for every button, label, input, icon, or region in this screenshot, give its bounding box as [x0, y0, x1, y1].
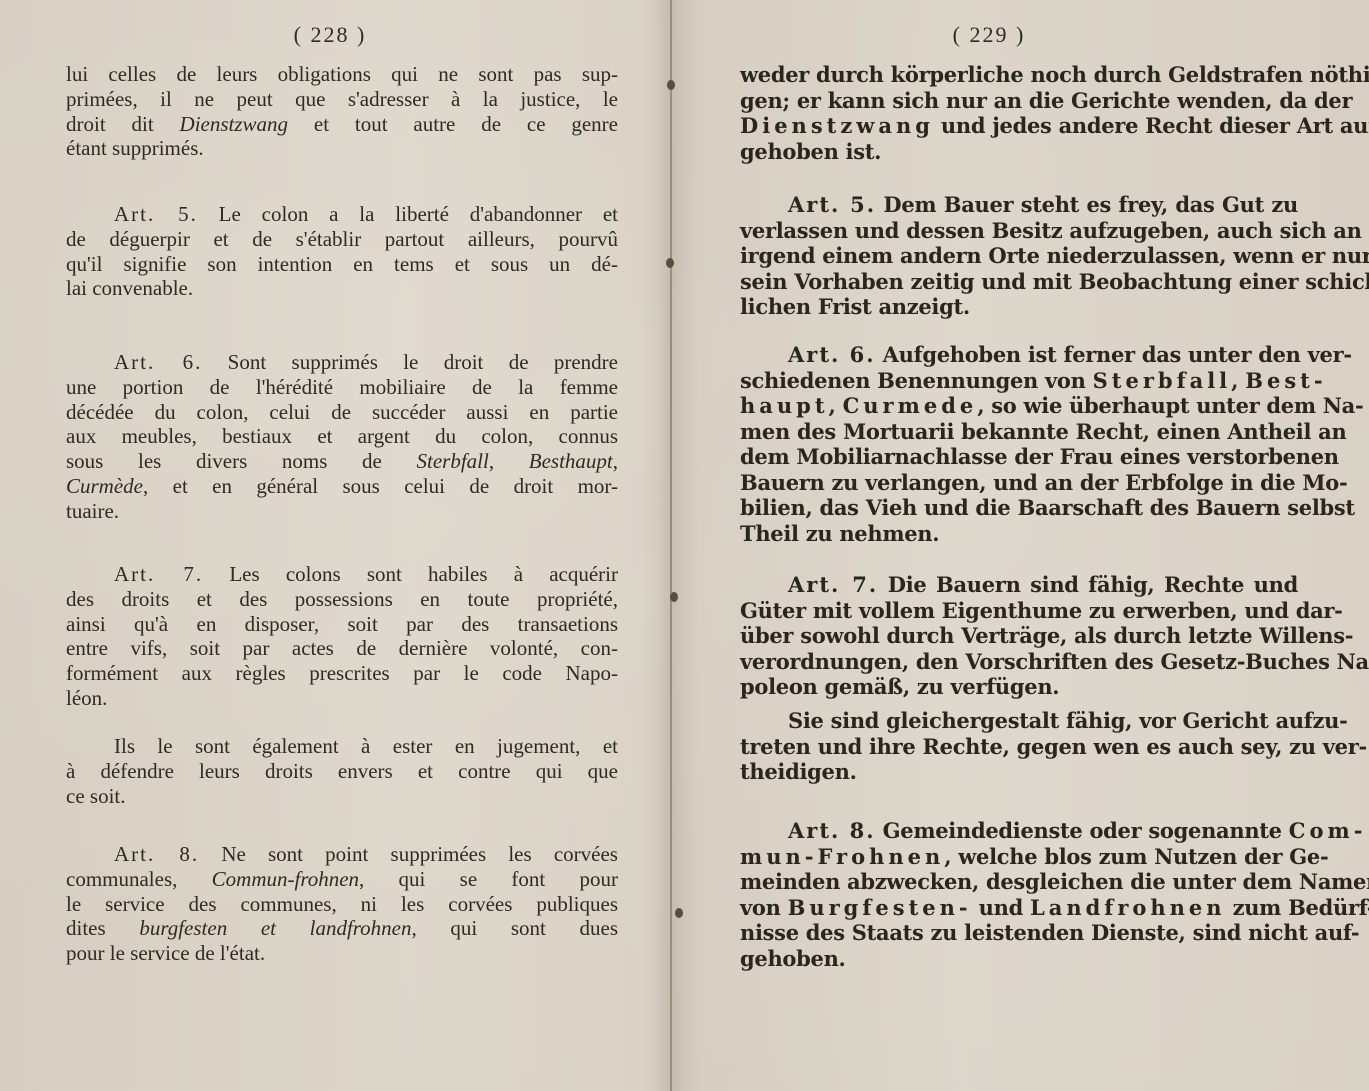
article-7: Art. 7. Die Bauern sind fähig, Rechte un… — [740, 572, 1298, 700]
spaced-term: Burgfesten- — [788, 895, 972, 920]
text-line: bilien, das Vieh und die Baarschaft des … — [740, 495, 1298, 521]
text-line: Art. 6. Aufgehoben ist ferner das unter … — [740, 342, 1298, 368]
text-line: primées, il ne peut que s'adresser à la … — [66, 87, 618, 112]
text-run: aux meubles, bestiaux et argent du colon… — [66, 424, 618, 448]
text-run: tuaire. — [66, 499, 119, 523]
text-line: ce soit. — [66, 784, 618, 809]
text-run: étant supprimés. — [66, 136, 204, 160]
text-line: theidigen. — [740, 759, 1298, 785]
text-line: dites burgfesten et landfrohnen, qui son… — [66, 916, 618, 941]
text-run: und — [972, 895, 1030, 920]
text-line: Sie sind gleichergestalt fähig, vor Geri… — [740, 708, 1298, 734]
text-line: Curmède, et en général sous celui de dro… — [66, 474, 618, 499]
text-line: poleon gemäß, zu verfügen. — [740, 674, 1298, 700]
text-run: meinden abzwecken, desgleichen die unter… — [740, 869, 1369, 894]
binding-thread-knot — [670, 592, 678, 602]
text-line: haupt, Curmede, so wie überhaupt unter d… — [740, 393, 1298, 419]
text-line: weder durch körperliche noch durch Gelds… — [740, 62, 1298, 88]
text-run: à défendre leurs droits envers et contre… — [66, 759, 618, 783]
text-run: bilien, das Vieh und die Baarschaft des … — [740, 495, 1355, 520]
text-run: treten und ihre Rechte, gegen wen es auc… — [740, 734, 1367, 759]
text-line: léon. — [66, 686, 618, 711]
italic-term: Commun-frohnen — [212, 867, 359, 891]
text-run: , — [1231, 368, 1245, 393]
text-line: men des Mortuarii bekannte Recht, einen … — [740, 419, 1298, 445]
text-run: lui celles de leurs obligations qui ne s… — [66, 62, 618, 86]
text-run: lai convenable. — [66, 276, 193, 300]
text-run: Gemeindedienste oder sogenannte — [876, 818, 1289, 843]
text-line: Güter mit vollem Eigenthume zu erwerben,… — [740, 598, 1298, 624]
text-line: qu'il signifie son intention en tems et … — [66, 252, 618, 277]
text-line: Art. 7. Die Bauern sind fähig, Rechte un… — [740, 572, 1298, 598]
text-line: Art. 6. Sont supprimés le droit de prend… — [66, 350, 618, 375]
text-line: lichen Frist anzeigt. — [740, 294, 1298, 320]
text-run: sous les divers noms de — [66, 449, 417, 473]
text-line: nisse des Staats zu leistenden Dienste, … — [740, 920, 1298, 946]
text-run: ainsi qu'à en disposer, soit par des tra… — [66, 612, 618, 636]
text-run: nisse des Staats zu leistenden Dienste, … — [740, 920, 1359, 945]
spaced-term: Com- — [1289, 818, 1367, 843]
text-run: theidigen. — [740, 759, 857, 784]
binding-thread-knot — [667, 80, 675, 90]
italic-term: Dienstzwang — [180, 112, 289, 136]
text-line: Art. 7. Les colons sont habiles à acquér… — [66, 562, 618, 587]
text-run: , qui sont dues — [412, 916, 619, 940]
text-run: le service des communes, ni les corvées … — [66, 892, 618, 916]
article-label: Art. 8. — [114, 842, 199, 866]
article-7-continuation: Sie sind gleichergestalt fähig, vor Geri… — [740, 708, 1298, 785]
text-run: Die Bauern sind fähig, Rechte und — [878, 572, 1298, 597]
text-line: droit dit Dienstzwang et tout autre de c… — [66, 112, 618, 137]
text-line: gehoben ist. — [740, 139, 1298, 165]
text-line: tuaire. — [66, 499, 618, 524]
text-line: schiedenen Benennungen von Sterbfall, Be… — [740, 368, 1298, 394]
text-line: Art. 8. Ne sont point supprimées les cor… — [66, 842, 618, 867]
text-line: von Burgfesten- und Landfrohnen zum Bedü… — [740, 895, 1298, 921]
text-run: gehoben ist. — [740, 139, 881, 164]
text-run: formément aux règles prescrites par le c… — [66, 661, 618, 685]
text-run: dites — [66, 916, 139, 940]
text-run: Les colons sont habiles à acquérir — [203, 562, 618, 586]
italic-term: Sterbfall — [417, 449, 489, 473]
article-label: Art. 5. — [788, 192, 876, 217]
text-line: décédée du colon, celui de succéder auss… — [66, 400, 618, 425]
article-6: Art. 6. Sont supprimés le droit de prend… — [66, 350, 618, 524]
text-line: Theil zu nehmen. — [740, 521, 1298, 547]
italic-term: Curmède — [66, 474, 143, 498]
text-run: dem Mobiliarnachlasse der Frau eines ver… — [740, 444, 1339, 469]
text-run: une portion de l'hérédité mobiliaire de … — [66, 375, 618, 399]
spaced-term: Dienstzwang — [740, 113, 934, 138]
article-label: Art. 5. — [114, 202, 198, 226]
text-line: verordnungen, den Vorschriften des Geset… — [740, 649, 1298, 675]
text-line: ainsi qu'à en disposer, soit par des tra… — [66, 612, 618, 637]
text-line: Art. 8. Gemeindedienste oder sogenannte … — [740, 818, 1298, 844]
text-run: léon. — [66, 686, 107, 710]
text-line: à défendre leurs droits envers et contre… — [66, 759, 618, 784]
text-run: und jedes andere Recht dieser Art auf- — [934, 113, 1369, 138]
page-number: ( 229 ) — [710, 22, 1268, 48]
text-line: treten und ihre Rechte, gegen wen es auc… — [740, 734, 1298, 760]
text-line: Art. 5. Le colon a la liberté d'abandonn… — [66, 202, 618, 227]
binding-thread-knot — [675, 908, 683, 918]
text-run: zum Bedürf- — [1226, 895, 1369, 920]
text-run: Güter mit vollem Eigenthume zu erwerben,… — [740, 598, 1343, 623]
text-line: entre vifs, soit par actes de dernière v… — [66, 636, 618, 661]
article-7-continuation: Ils le sont également à ester en jugemen… — [66, 734, 618, 808]
text-line: le service des communes, ni les corvées … — [66, 892, 618, 917]
spaced-term: haupt — [740, 393, 829, 418]
text-line: Dienstzwang und jedes andere Recht diese… — [740, 113, 1298, 139]
text-run: lichen Frist anzeigt. — [740, 294, 970, 319]
text-line: étant supprimés. — [66, 136, 618, 161]
text-line: pour le service de l'état. — [66, 941, 618, 966]
text-line: meinden abzwecken, desgleichen die unter… — [740, 869, 1298, 895]
text-run: verordnungen, den Vorschriften des Geset… — [740, 649, 1369, 674]
text-run: Sie sind gleichergestalt fähig, vor Geri… — [788, 708, 1348, 733]
text-run: sein Vorhaben zeitig und mit Beobachtung… — [740, 269, 1369, 294]
text-line: sous les divers noms de Sterbfall, Besth… — [66, 449, 618, 474]
text-run: des droits et des possessions en toute p… — [66, 587, 618, 611]
spaced-term: Curmede — [843, 393, 978, 418]
text-run: pour le service de l'état. — [66, 941, 265, 965]
text-line: de déguerpir et de s'établir partout ail… — [66, 227, 618, 252]
text-line: communales, Commun-frohnen, qui se font … — [66, 867, 618, 892]
text-run: Ils le sont également à ester en jugemen… — [114, 734, 618, 758]
text-run: décédée du colon, celui de succéder auss… — [66, 400, 618, 424]
article-label: Art. 6. — [114, 350, 202, 374]
article-5: Art. 5. Dem Bauer steht es frey, das Gut… — [740, 192, 1298, 320]
text-run: ce soit. — [66, 784, 125, 808]
article-label: Art. 7. — [114, 562, 203, 586]
text-line: lui celles de leurs obligations qui ne s… — [66, 62, 618, 87]
text-run: qu'il signifie son intention en tems et … — [66, 252, 618, 276]
article-label: Art. 7. — [788, 572, 878, 597]
page-number: ( 228 ) — [54, 22, 606, 48]
text-run: , — [613, 449, 618, 473]
text-run: Ne sont point supprimées les corvées — [199, 842, 618, 866]
text-line: Ils le sont également à ester en jugemen… — [66, 734, 618, 759]
text-run: gehoben. — [740, 946, 846, 971]
text-run: gen; er kann sich nur an die Gerichte we… — [740, 88, 1352, 113]
paragraph-continuation: weder durch körperliche noch durch Gelds… — [740, 62, 1298, 164]
text-run: entre vifs, soit par actes de dernière v… — [66, 636, 618, 660]
article-label: Art. 8. — [788, 818, 876, 843]
text-line: verlassen und dessen Besitz aufzugeben, … — [740, 218, 1298, 244]
text-line: aux meubles, bestiaux et argent du colon… — [66, 424, 618, 449]
text-line: des droits et des possessions en toute p… — [66, 587, 618, 612]
spaced-term: Sterbfall — [1093, 368, 1232, 393]
text-run: über sowohl durch Verträge, als durch le… — [740, 623, 1353, 648]
text-run: communales, — [66, 867, 212, 891]
spaced-term: Landfrohnen — [1030, 895, 1226, 920]
binding-thread-knot — [666, 258, 674, 268]
text-line: gen; er kann sich nur an die Gerichte we… — [740, 88, 1298, 114]
book-gutter — [670, 0, 672, 1091]
text-run: poleon gemäß, zu verfügen. — [740, 674, 1059, 699]
text-run: von — [740, 895, 788, 920]
text-run: , qui se font pour — [359, 867, 618, 891]
text-run: Theil zu nehmen. — [740, 521, 939, 546]
text-run: Bauern zu verlangen, und an der Erbfolge… — [740, 470, 1347, 495]
text-line: gehoben. — [740, 946, 1298, 972]
text-line: formément aux règles prescrites par le c… — [66, 661, 618, 686]
article-8: Art. 8. Ne sont point supprimées les cor… — [66, 842, 618, 966]
text-line: über sowohl durch Verträge, als durch le… — [740, 623, 1298, 649]
article-label: Art. 6. — [788, 342, 876, 367]
text-run: , — [829, 393, 843, 418]
text-run: primées, il ne peut que s'adresser à la … — [66, 87, 618, 111]
text-run: , so wie überhaupt unter dem Na- — [977, 393, 1363, 418]
paragraph-continuation: lui celles de leurs obligations qui ne s… — [66, 62, 618, 161]
text-run: droit dit — [66, 112, 180, 136]
text-line: mun-Frohnen, welche blos zum Nutzen der … — [740, 844, 1298, 870]
text-run: Dem Bauer steht es frey, das Gut zu — [876, 192, 1298, 217]
text-run: Le colon a la liberté d'abandonner et — [198, 202, 618, 226]
text-run: , welche blos zum Nutzen der Ge- — [944, 844, 1328, 869]
text-run: verlassen und dessen Besitz aufzugeben, … — [740, 218, 1362, 243]
article-7: Art. 7. Les colons sont habiles à acquér… — [66, 562, 618, 711]
text-line: sein Vorhaben zeitig und mit Beobachtung… — [740, 269, 1298, 295]
text-run: weder durch körperliche noch durch Gelds… — [740, 62, 1369, 87]
italic-term: Besthaupt — [529, 449, 613, 473]
text-run: men des Mortuarii bekannte Recht, einen … — [740, 419, 1346, 444]
text-line: une portion de l'hérédité mobiliaire de … — [66, 375, 618, 400]
text-line: lai convenable. — [66, 276, 618, 301]
text-run: irgend einem andern Orte niederzulassen,… — [740, 243, 1369, 268]
text-run: et tout autre de ce genre — [288, 112, 618, 136]
text-run: Aufgehoben ist ferner das unter den ver- — [876, 342, 1352, 367]
italic-term: burgfesten et landfrohnen — [139, 916, 411, 940]
text-run: , — [489, 449, 529, 473]
text-line: irgend einem andern Orte niederzulassen,… — [740, 243, 1298, 269]
article-5: Art. 5. Le colon a la liberté d'abandonn… — [66, 202, 618, 301]
article-8: Art. 8. Gemeindedienste oder sogenannte … — [740, 818, 1298, 971]
text-run: , et en général sous celui de droit mor- — [143, 474, 618, 498]
text-line: Art. 5. Dem Bauer steht es frey, das Gut… — [740, 192, 1298, 218]
text-run: Sont supprimés le droit de prendre — [202, 350, 618, 374]
spaced-term: mun-Frohnen — [740, 844, 944, 869]
text-line: Bauern zu verlangen, und an der Erbfolge… — [740, 470, 1298, 496]
text-run: schiedenen Benennungen von — [740, 368, 1093, 393]
spaced-term: Best- — [1245, 368, 1326, 393]
article-6: Art. 6. Aufgehoben ist ferner das unter … — [740, 342, 1298, 546]
book-spread: ( 228 ) lui celles de leurs obligations … — [0, 0, 1369, 1091]
text-line: dem Mobiliarnachlasse der Frau eines ver… — [740, 444, 1298, 470]
text-run: de déguerpir et de s'établir partout ail… — [66, 227, 618, 251]
